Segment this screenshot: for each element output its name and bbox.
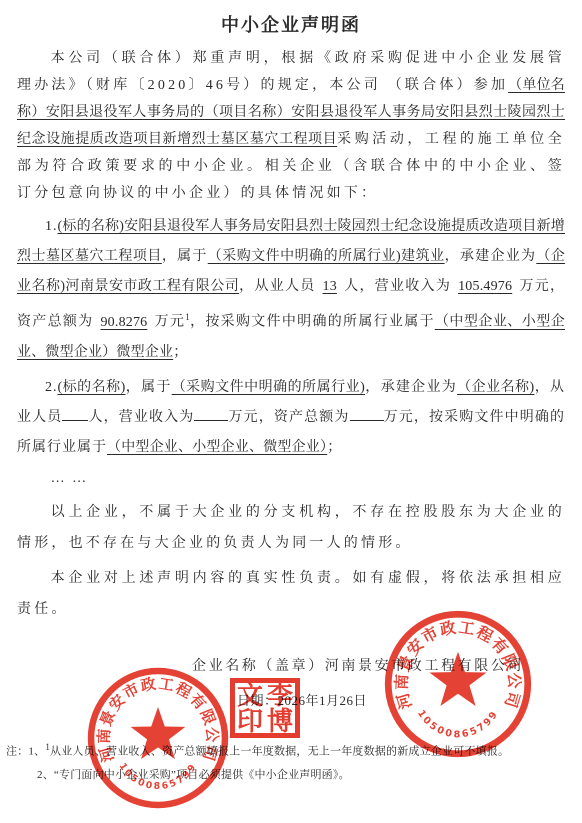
item-2-enterprise-type: （中型企业、小型企业、微型企业） [107, 440, 327, 455]
seal-star-icon [131, 707, 186, 759]
item-2-subject-name-blank: (标的名称) [58, 380, 126, 395]
item-2-number: 2. [45, 380, 58, 395]
item-1-industry: （采购文件中明确的所属行业)建筑业 [208, 249, 445, 264]
item-1-text-2: ，承建企业为 [445, 249, 537, 264]
item-2-assets-blank-field [350, 406, 384, 420]
company-seal-stamp-right: 河南景安市政工程有限公司 4105008657991 [383, 609, 533, 759]
footnote-1-number: 1、 [28, 746, 45, 758]
name-seal-char-3: 印 [237, 709, 263, 735]
item-1: 1.(标的名称)安阳县退役军人事务局安阳县烈士陵园烈士纪念设施提质改造项目新增烈… [17, 212, 565, 368]
item-2-text-4: 人，营业收入为 [88, 410, 194, 425]
item-2: 2.(标的名称)，属于（采购文件中明确的所属行业)，承建企业为（企业名称)，从业… [17, 373, 565, 463]
document-page: 中小企业声明函 本公司（联合体）郑重声明，根据《政府采购促进中小企业发展管理办法… [0, 0, 582, 823]
document-title: 中小企业声明函 [0, 0, 582, 37]
item-1-assets-value: 90.8276 [93, 315, 154, 330]
personal-name-seal-stamp: 文 李 印 博 [230, 678, 300, 738]
item-2-text-1: ，属于 [126, 380, 172, 395]
item-2-industry-blank: （采购文件中明确的所属行业) [172, 380, 365, 395]
item-2-company-name-blank: （企业名称) [457, 380, 534, 395]
item-1-text-6: 万元 [154, 315, 185, 330]
paragraph-no-large-enterprise: 以上企业，不属于大企业的分支机构，不存在控股股东为大企业的情形，也不存在与大企业… [17, 497, 565, 559]
item-2-text-7: ； [327, 440, 342, 455]
item-2-employee-blank-field [62, 406, 88, 420]
name-seal-char-4: 博 [267, 709, 293, 735]
document-body: 本公司（联合体）郑重声明，根据《政府采购促进中小企业发展管理办法》（财库〔202… [17, 45, 565, 625]
name-seal-char-2: 李 [267, 683, 293, 709]
item-1-text-1: ，属于 [162, 249, 208, 264]
item-2-revenue-blank-field [194, 406, 228, 420]
item-1-text-8: ； [173, 345, 188, 360]
item-2-text-2: ，承建企业为 [365, 380, 457, 395]
item-1-revenue-value: 105.4976 [451, 279, 519, 294]
item-2-text-5: 万元，资产总额为 [228, 410, 349, 425]
item-1-text-3: ，从业人员 [239, 279, 315, 294]
footnote-2-number: 2、 [37, 769, 54, 781]
item-1-number: 1. [45, 219, 58, 234]
paragraph-declaration: 本公司（联合体）郑重声明，根据《政府采购促进中小企业发展管理办法》（财库〔202… [17, 45, 565, 207]
company-seal-stamp-left: 河南景安市政工程有限公司 4105008657991 [86, 666, 230, 810]
declaration-text-1: 本公司（联合体）郑重声明，根据《政府采购促进中小企业发展管理办法》（财库〔202… [17, 51, 565, 93]
item-1-employee-count: 13 [316, 279, 344, 294]
ellipsis-line: … … [17, 465, 565, 493]
seal-star-icon [430, 652, 487, 706]
item-1-text-4: 人，营业收入为 [344, 279, 451, 294]
name-seal-char-1: 文 [237, 683, 263, 709]
footnote-label: 注： [6, 746, 28, 758]
item-1-text-7: ，按采购文件中明确的所属行业属于 [190, 315, 435, 330]
